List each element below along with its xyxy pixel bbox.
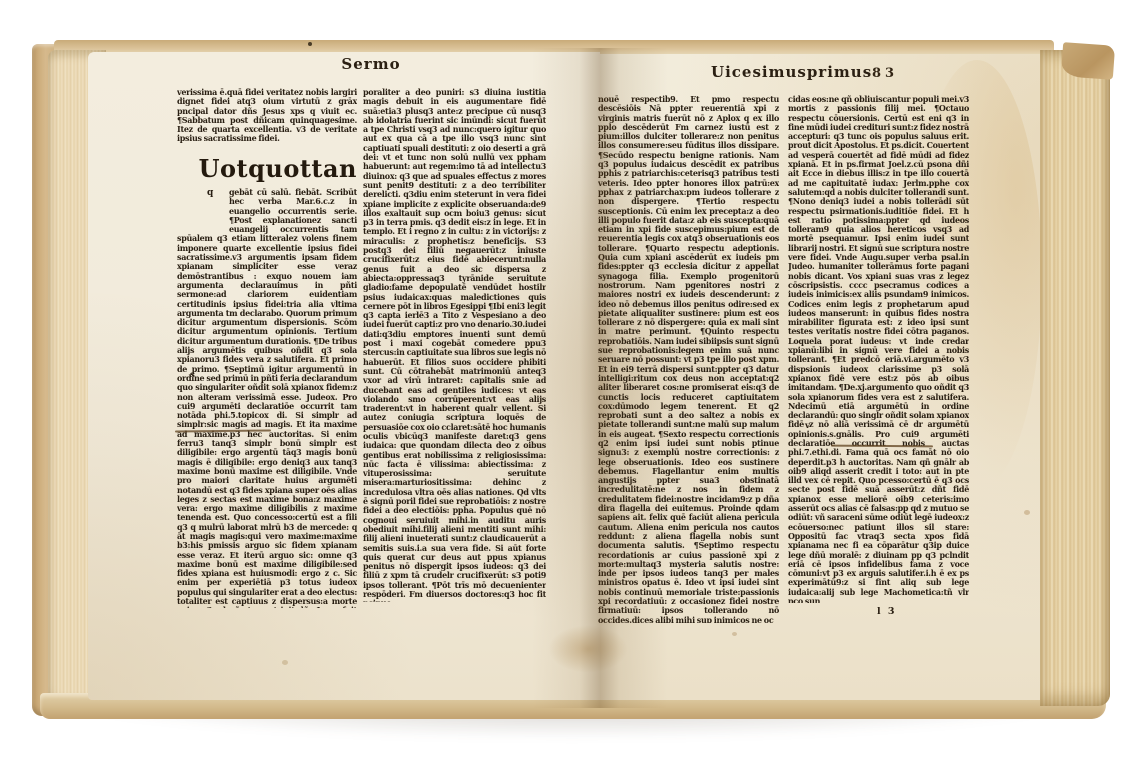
incipit-heading: Uotquottan: [177, 155, 357, 182]
running-head-right: Uicesimusprimus: [711, 63, 871, 81]
right-page-column-2: cidas eos:ne qñ obliuiscantur populi mei…: [788, 95, 969, 603]
left-page-column-2: poraliter a deo puniri: s3 diuina iustit…: [363, 88, 546, 602]
folio-number: 83: [862, 66, 908, 81]
guide-letter-v: v: [805, 421, 810, 431]
left-page-column-1: verissima ē.quā fidei veritatez nobis la…: [177, 88, 357, 608]
fore-edge-page-stack: [1040, 50, 1110, 706]
book: Sermo Uicesimusprimus 83 verissima ē.quā…: [32, 40, 1112, 720]
column-intro-text: verissima ē.quā fidei veritatez nobis la…: [177, 88, 357, 146]
running-head-left: Sermo: [321, 55, 421, 73]
guide-letter-s: s: [190, 370, 195, 380]
right-page-column-1: nouē respectib9. Et pmo respectu descēsi…: [598, 95, 779, 623]
guide-letter-q: q: [177, 188, 229, 226]
cover-corner-flap: [1061, 42, 1115, 80]
signature-mark: l 3: [877, 606, 921, 617]
column-body-text: q gebāt cū salū. fiebāt. Scribūt hec ver…: [177, 188, 357, 608]
body-text: gebāt cū salū. fiebāt. Scribūt hec verba…: [177, 187, 357, 608]
